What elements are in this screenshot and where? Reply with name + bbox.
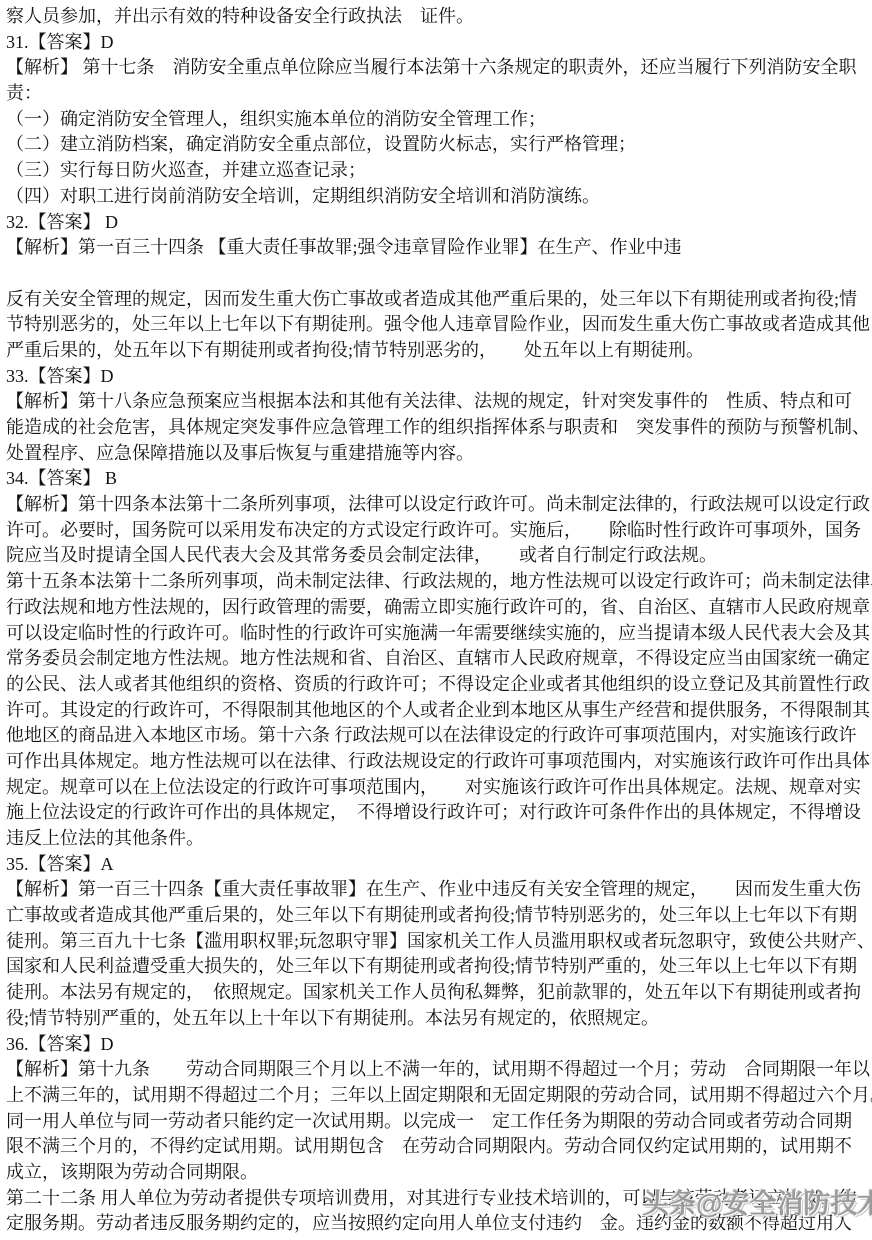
text-line: 【解析】第一百三十四条 【重大责任事故罪;强令违章冒险作业罪】在生产、作业中违 bbox=[6, 235, 872, 261]
text-line: 能造成的社会危害，具体规定突发事件应急管理工作的组织指挥体系与职责和 突发事件的… bbox=[6, 415, 872, 441]
text-line: 第十五条本法第十二条所列事项，尚未制定法律、行政法规的，地方性法规可以设定行政许… bbox=[6, 569, 872, 595]
text-line: 可作出具体规定。地方性法规可以在法律、行政法规设定的行政许可事项范围内，对实施该… bbox=[6, 749, 872, 775]
document-page: 察人员参加，并出示有效的特种设备安全行政执法 证件。31.【答案】D【解析】 第… bbox=[0, 0, 872, 1240]
document-body: 察人员参加，并出示有效的特种设备安全行政执法 证件。31.【答案】D【解析】 第… bbox=[6, 4, 872, 1237]
text-line: 同一用人单位与同一劳动者只能约定一次试用期。以完成一 定工作任务为期限的劳动合同… bbox=[6, 1109, 872, 1135]
text-line: 节特别恶劣的，处三年以上七年以下有期徒刑。强令他人违章冒险作业，因而发生重大伤亡… bbox=[6, 312, 872, 338]
text-line: （二）建立消防档案，确定消防安全重点部位，设置防火标志，实行严格管理； bbox=[6, 132, 872, 158]
text-line: 可以设定临时性的行政许可。临时性的行政许可实施满一年需要继续实施的，应当提请本级… bbox=[6, 621, 872, 647]
text-line: 反有关安全管理的规定，因而发生重大伤亡事故或者造成其他严重后果的，处三年以下有期… bbox=[6, 287, 872, 313]
text-line: 违反上位法的其他条件。 bbox=[6, 826, 872, 852]
text-line: 34.【答案】 B bbox=[6, 466, 872, 492]
text-line: 责： bbox=[6, 81, 872, 107]
text-line: 【解析】 第十七条 消防安全重点单位除应当履行本法第十六条规定的职责外，还应当履… bbox=[6, 55, 872, 81]
text-line: 定服务期。劳动者违反服务期约定的，应当按照约定向用人单位支付违约 金。违约金的数… bbox=[6, 1211, 872, 1237]
text-line: 院应当及时提请全国人民代表大会及其常务委员会制定法律， 或者自行制定行政法规。 bbox=[6, 543, 872, 569]
text-line: 役;情节特别严重的，处五年以上十年以下有期徒刑。本法另有规定的，依照规定。 bbox=[6, 1006, 872, 1032]
text-line: 成立，该期限为劳动合同期限。 bbox=[6, 1160, 872, 1186]
text-line: 32.【答案】 D bbox=[6, 210, 872, 236]
text-line: 常务委员会制定地方性法规。地方性法规和省、自治区、直辖市人民政府规章，不得设定应… bbox=[6, 646, 872, 672]
text-line: 第二十二条 用人单位为劳动者提供专项培训费用，对其进行专业技术培训的，可以与该劳… bbox=[6, 1186, 872, 1212]
text-line: 35.【答案】A bbox=[6, 852, 872, 878]
text-line: 许可。必要时，国务院可以采用发布决定的方式设定行政许可。实施后， 除临时性行政许… bbox=[6, 518, 872, 544]
text-line: 徒刑。本法另有规定的， 依照规定。国家机关工作人员徇私舞弊，犯前款罪的，处五年以… bbox=[6, 980, 872, 1006]
text-line: 的公民、法人或者其他组织的资格、资质的行政许可；不得设定企业或者其他组织的设立登… bbox=[6, 672, 872, 698]
text-line: 他地区的商品进入本地区市场。第十六条 行政法规可以在法律设定的行政许可事项范围内… bbox=[6, 723, 872, 749]
text-line: 行政法规和地方性法规的，因行政管理的需要，确需立即实施行政许可的，省、自治区、直… bbox=[6, 595, 872, 621]
text-line: 察人员参加，并出示有效的特种设备安全行政执法 证件。 bbox=[6, 4, 872, 30]
text-line: 【解析】第十四条本法第十二条所列事项，法律可以设定行政许可。尚未制定法律的，行政… bbox=[6, 492, 872, 518]
text-line: 徒刑。第三百九十七条【滥用职权罪;玩忽职守罪】国家机关工作人员滥用职权或者玩忽职… bbox=[6, 929, 872, 955]
text-line: 【解析】第十九条 劳动合同期限三个月以上不满一年的，试用期不得超过一个月；劳动 … bbox=[6, 1057, 872, 1083]
text-line: 33.【答案】D bbox=[6, 364, 872, 390]
text-line: 亡事故或者造成其他严重后果的，处三年以下有期徒刑或者拘役;情节特别恶劣的，处三年… bbox=[6, 903, 872, 929]
text-line: （四）对职工进行岗前消防安全培训，定期组织消防安全培训和消防演练。 bbox=[6, 184, 872, 210]
text-line: 严重后果的，处五年以下有期徒刑或者拘役;情节特别恶劣的， 处五年以上有期徒刑。 bbox=[6, 338, 872, 364]
text-line: 许可。其设定的行政许可，不得限制其他地区的个人或者企业到本地区从事生产经营和提供… bbox=[6, 698, 872, 724]
text-line: 限不满三个月的，不得约定试用期。试用期包含 在劳动合同期限内。劳动合同仅约定试用… bbox=[6, 1134, 872, 1160]
text-line: 国家和人民利益遭受重大损失的，处三年以下有期徒刑或者拘役;情节特别严重的，处三年… bbox=[6, 954, 872, 980]
text-line: 施上位法设定的行政许可作出的具体规定， 不得增设行政许可；对行政许可条件作出的具… bbox=[6, 800, 872, 826]
text-line: 上不满三年的，试用期不得超过二个月；三年以上固定期限和无固定期限的劳动合同，试用… bbox=[6, 1083, 872, 1109]
text-line: 处置程序、应急保障措施以及事后恢复与重建措施等内容。 bbox=[6, 441, 872, 467]
text-line: （一）确定消防安全管理人，组织实施本单位的消防安全管理工作； bbox=[6, 107, 872, 133]
text-line: 【解析】第一百三十四条【重大责任事故罪】在生产、作业中违反有关安全管理的规定， … bbox=[6, 877, 872, 903]
text-line: 36.【答案】D bbox=[6, 1032, 872, 1058]
text-line: 【解析】第十八条应急预案应当根据本法和其他有关法律、法规的规定，针对突发事件的 … bbox=[6, 389, 872, 415]
text-line: 31.【答案】D bbox=[6, 30, 872, 56]
text-line: （三）实行每日防火巡查，并建立巡查记录； bbox=[6, 158, 872, 184]
text-line bbox=[6, 261, 872, 287]
text-line: 规定。规章可以在上位法设定的行政许可事项范围内， 对实施该行政许可作出具体规定。… bbox=[6, 775, 872, 801]
